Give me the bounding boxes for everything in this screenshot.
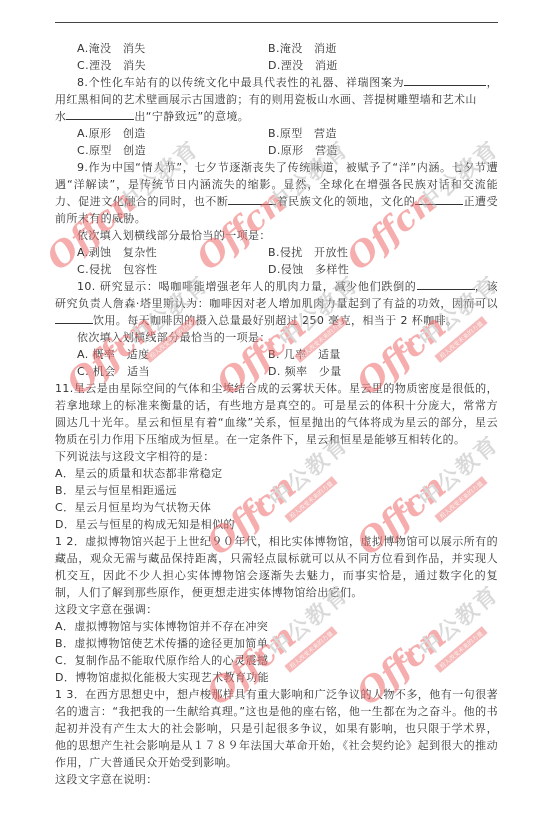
q8-options-row-1: A.原形 创造 B.原型 营造: [55, 125, 498, 142]
q8-stem-cont: 水出“宁静致远”的意境。: [55, 108, 498, 125]
q12-option-c: C．复制作品不能取代原作给人的心灵震撼: [55, 652, 498, 669]
q8-option-c: C.原型 创造: [77, 142, 268, 159]
q11-prompt: 下列说法与这段文字相符的是：: [55, 448, 498, 465]
q10-prompt: 依次填入划横线部分最恰当的一项是：: [55, 329, 498, 346]
q9-options-row-2: C.侵扰 包容性 D.侵蚀 多样性: [55, 261, 498, 278]
q9-option-c: C.侵扰 包容性: [77, 261, 268, 278]
q11-stem: 11.星云是由星际空间的气体和尘埃结合成的云雾状天体。星云里的物质密度是很低的，…: [55, 380, 498, 448]
q10-options-row-1: A. 概率 适度 B. 几率 适量: [55, 346, 498, 363]
q12-option-a: A．虚拟博物馆与实体博物馆并不存在冲突: [55, 618, 498, 635]
q8-option-a: A.原形 创造: [77, 125, 268, 142]
q8-blank-2: [66, 108, 134, 120]
q8-option-d: D.原形 营造: [268, 142, 338, 159]
q13-prompt: 这段文字意在说明：: [55, 771, 498, 788]
exam-page: A.淹没 消失 B.淹没 消逝 C.湮没 消失 D.湮没 消逝 8.个性化车站有…: [55, 40, 498, 788]
q10-stem-text-3: 饮用。每天咖啡因的摄入总量最好别超过 250 毫克，相当于 2 杯咖啡。: [93, 314, 457, 327]
q9-options-row-1: A.剥蚀 复杂性 B.侵扰 开放性: [55, 244, 498, 261]
q11-option-a: A．星云的质量和状态都非常稳定: [55, 465, 498, 482]
q9-option-d: D.侵蚀 多样性: [268, 261, 349, 278]
q7-option-c: C.湮没 消失: [77, 57, 268, 74]
q9-prompt: 依次填入划横线部分最恰当的一项是：: [55, 227, 498, 244]
q7-option-d: D.湮没 消逝: [268, 57, 338, 74]
q8-blank-1: [404, 74, 486, 86]
q9-stem: 9.作为中国“情人节”，七夕节逐渐丧失了传统味道，被赋予了“洋”内涵。七夕节遭遇…: [55, 159, 498, 227]
header-rule: [55, 22, 498, 23]
q7-option-b: B.淹没 消逝: [268, 40, 337, 57]
q12-stem: 1 2．虚拟博物馆兴起于上世纪９０年代，相比实体博物馆，虚拟博物馆可以展示所有的…: [55, 533, 498, 601]
q10-blank-1: [417, 278, 475, 290]
q12-prompt: 这段文字意在强调：: [55, 601, 498, 618]
q10-option-b: B. 几率 适量: [268, 346, 341, 363]
q12-option-b: B．虚拟博物馆使艺术传播的途径更加简单: [55, 635, 498, 652]
q13-stem: 1 3．在西方思想史中，想卢梭那样具有重大影响和广泛争议的人物不多，他有一句很著…: [55, 686, 498, 771]
q9-stem-text-2: 着民族文化的领地，文化的: [276, 195, 415, 208]
q10-stem: 10. 研究显示：喝咖啡能增强老年人的肌肉力量，减少他们跌倒的，该研究负责人詹森…: [55, 278, 498, 329]
q8-stem-text-4: 出“宁静致远”的意境。: [134, 110, 249, 123]
q9-option-b: B.侵扰 开放性: [268, 244, 348, 261]
q10-option-c: C. 机会 适当: [77, 363, 268, 380]
q12-option-d: D．博物馆虚拟化能极大实现艺术教育功能: [55, 669, 498, 686]
q11-option-d: D．星云与恒星的构成无知是相似的: [55, 516, 498, 533]
q9-blank-2: [415, 193, 463, 205]
q7-option-a: A.淹没 消失: [77, 40, 268, 57]
q10-options-row-2: C. 机会 适当 D. 频率 少量: [55, 363, 498, 380]
q8-stem-text-1: 8.个性化车站有的以传统文化中最具代表性的礼器、祥瑞图案为: [77, 76, 404, 89]
q8-stem: 8.个性化车站有的以传统文化中最具代表性的礼器、祥瑞图案为，用红黑相间的艺术壁画…: [55, 74, 498, 108]
q7-options-row-1: A.淹没 消失 B.淹没 消逝: [55, 40, 498, 57]
q10-blank-2: [55, 312, 93, 324]
q11-option-c: C．星云月恒星均为气状物天体: [55, 499, 498, 516]
q11-option-b: B．星云与恒星相距遥远: [55, 482, 498, 499]
q10-option-d: D. 频率 少量: [268, 363, 342, 380]
q10-stem-text-1: 10. 研究显示：喝咖啡能增强老年人的肌肉力量，减少他们跌倒的: [77, 280, 417, 293]
q7-options-row-2: C.湮没 消失 D.湮没 消逝: [55, 57, 498, 74]
q9-option-a: A.剥蚀 复杂性: [77, 244, 268, 261]
q8-stem-text-3: 水: [55, 110, 66, 123]
q10-option-a: A. 概率 适度: [77, 346, 268, 363]
q9-blank-1: [228, 193, 276, 205]
q8-option-b: B.原型 营造: [268, 125, 337, 142]
q8-options-row-2: C.原型 创造 D.原形 营造: [55, 142, 498, 159]
